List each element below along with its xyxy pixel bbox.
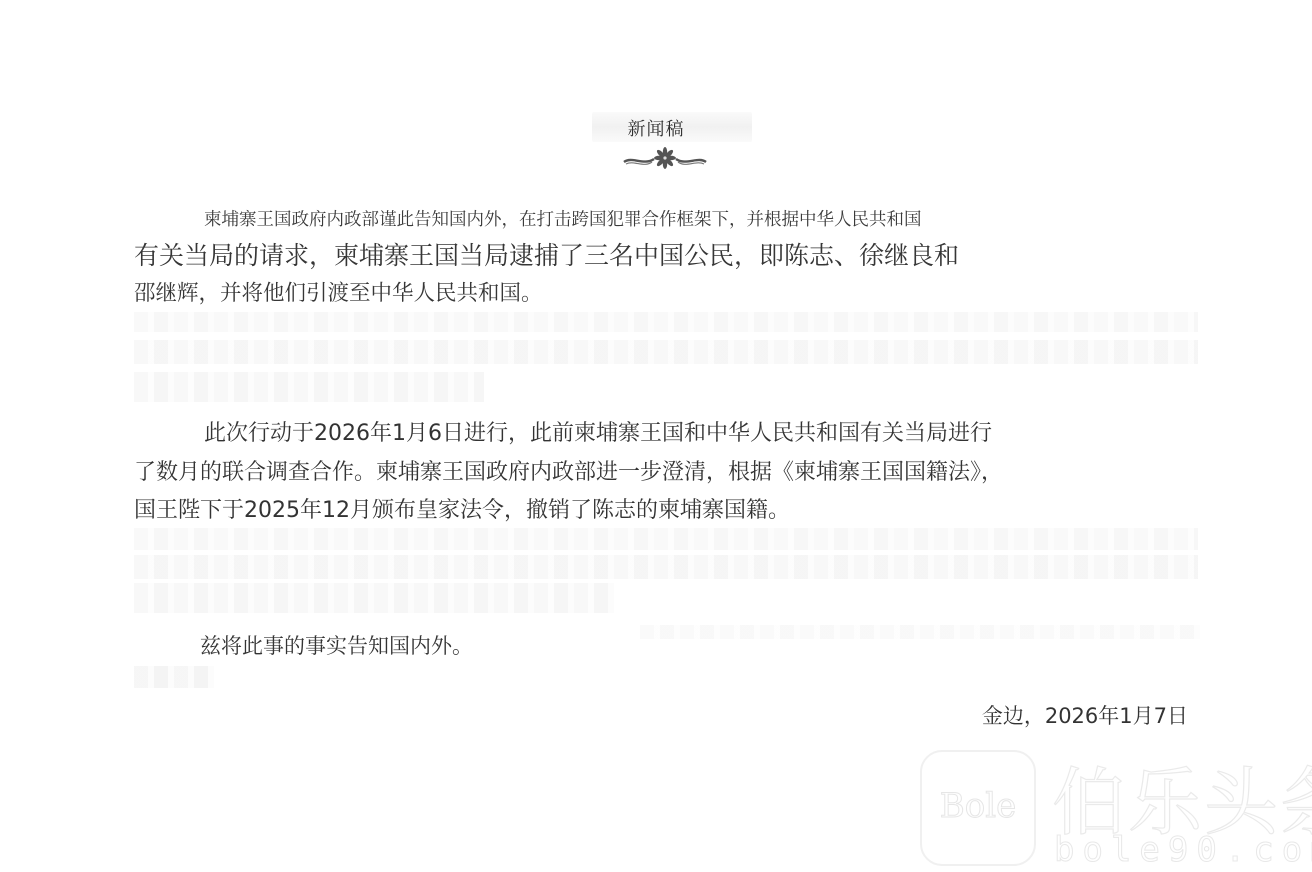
erased-text-residue (134, 528, 1198, 550)
erased-text-residue (134, 666, 214, 688)
press-release-page: 新闻稿 柬埔寨王国政府内政部谨此告知国内外，在打击跨国犯罪合作框 (0, 0, 1312, 872)
erased-text-residue (640, 625, 1200, 639)
paragraph-3: 兹将此事的事实告知国内外。 (200, 630, 473, 660)
paragraph-2-line-3: 国王陛下于2025年12月颁布皇家法令，撤销了陈志的柬埔寨国籍。 (134, 493, 790, 524)
erased-text-residue (134, 555, 1198, 579)
paragraph-2-line-1: 此次行动于2026年1月6日进行，此前柬埔寨王国和中华人民共和国有关当局进行 (204, 416, 992, 447)
watermark-logo: Bole (920, 750, 1036, 866)
paragraph-1-line-2: 有关当局的请求，柬埔寨王国当局逮捕了三名中国公民，即陈志、徐继良和 (134, 236, 959, 272)
erased-text-residue (134, 340, 1198, 364)
document-title: 新闻稿 (0, 115, 1312, 141)
erased-text-residue (134, 583, 614, 613)
place-and-date: 金边，2026年1月7日 (982, 700, 1188, 730)
site-watermark: Bole 伯乐头条 bole90.com (912, 742, 1312, 872)
erased-text-residue (134, 312, 1198, 332)
paragraph-1-line-3: 邵继辉，并将他们引渡至中华人民共和国。 (134, 276, 543, 307)
watermark-url: bole90.com (1054, 830, 1312, 870)
watermark-name: 伯乐头条 (1052, 744, 1312, 850)
watermark-logo-text: Bole (922, 786, 1034, 826)
erased-text-residue (134, 372, 484, 402)
floral-ornament-icon (622, 146, 708, 172)
paragraph-2-line-2: 了数月的联合调查合作。柬埔寨王国政府内政部进一步澄清，根据《柬埔寨王国国籍法》， (134, 455, 1003, 486)
paragraph-1-line-1: 柬埔寨王国政府内政部谨此告知国内外，在打击跨国犯罪合作框架下，并根据中华人民共和… (204, 206, 922, 231)
